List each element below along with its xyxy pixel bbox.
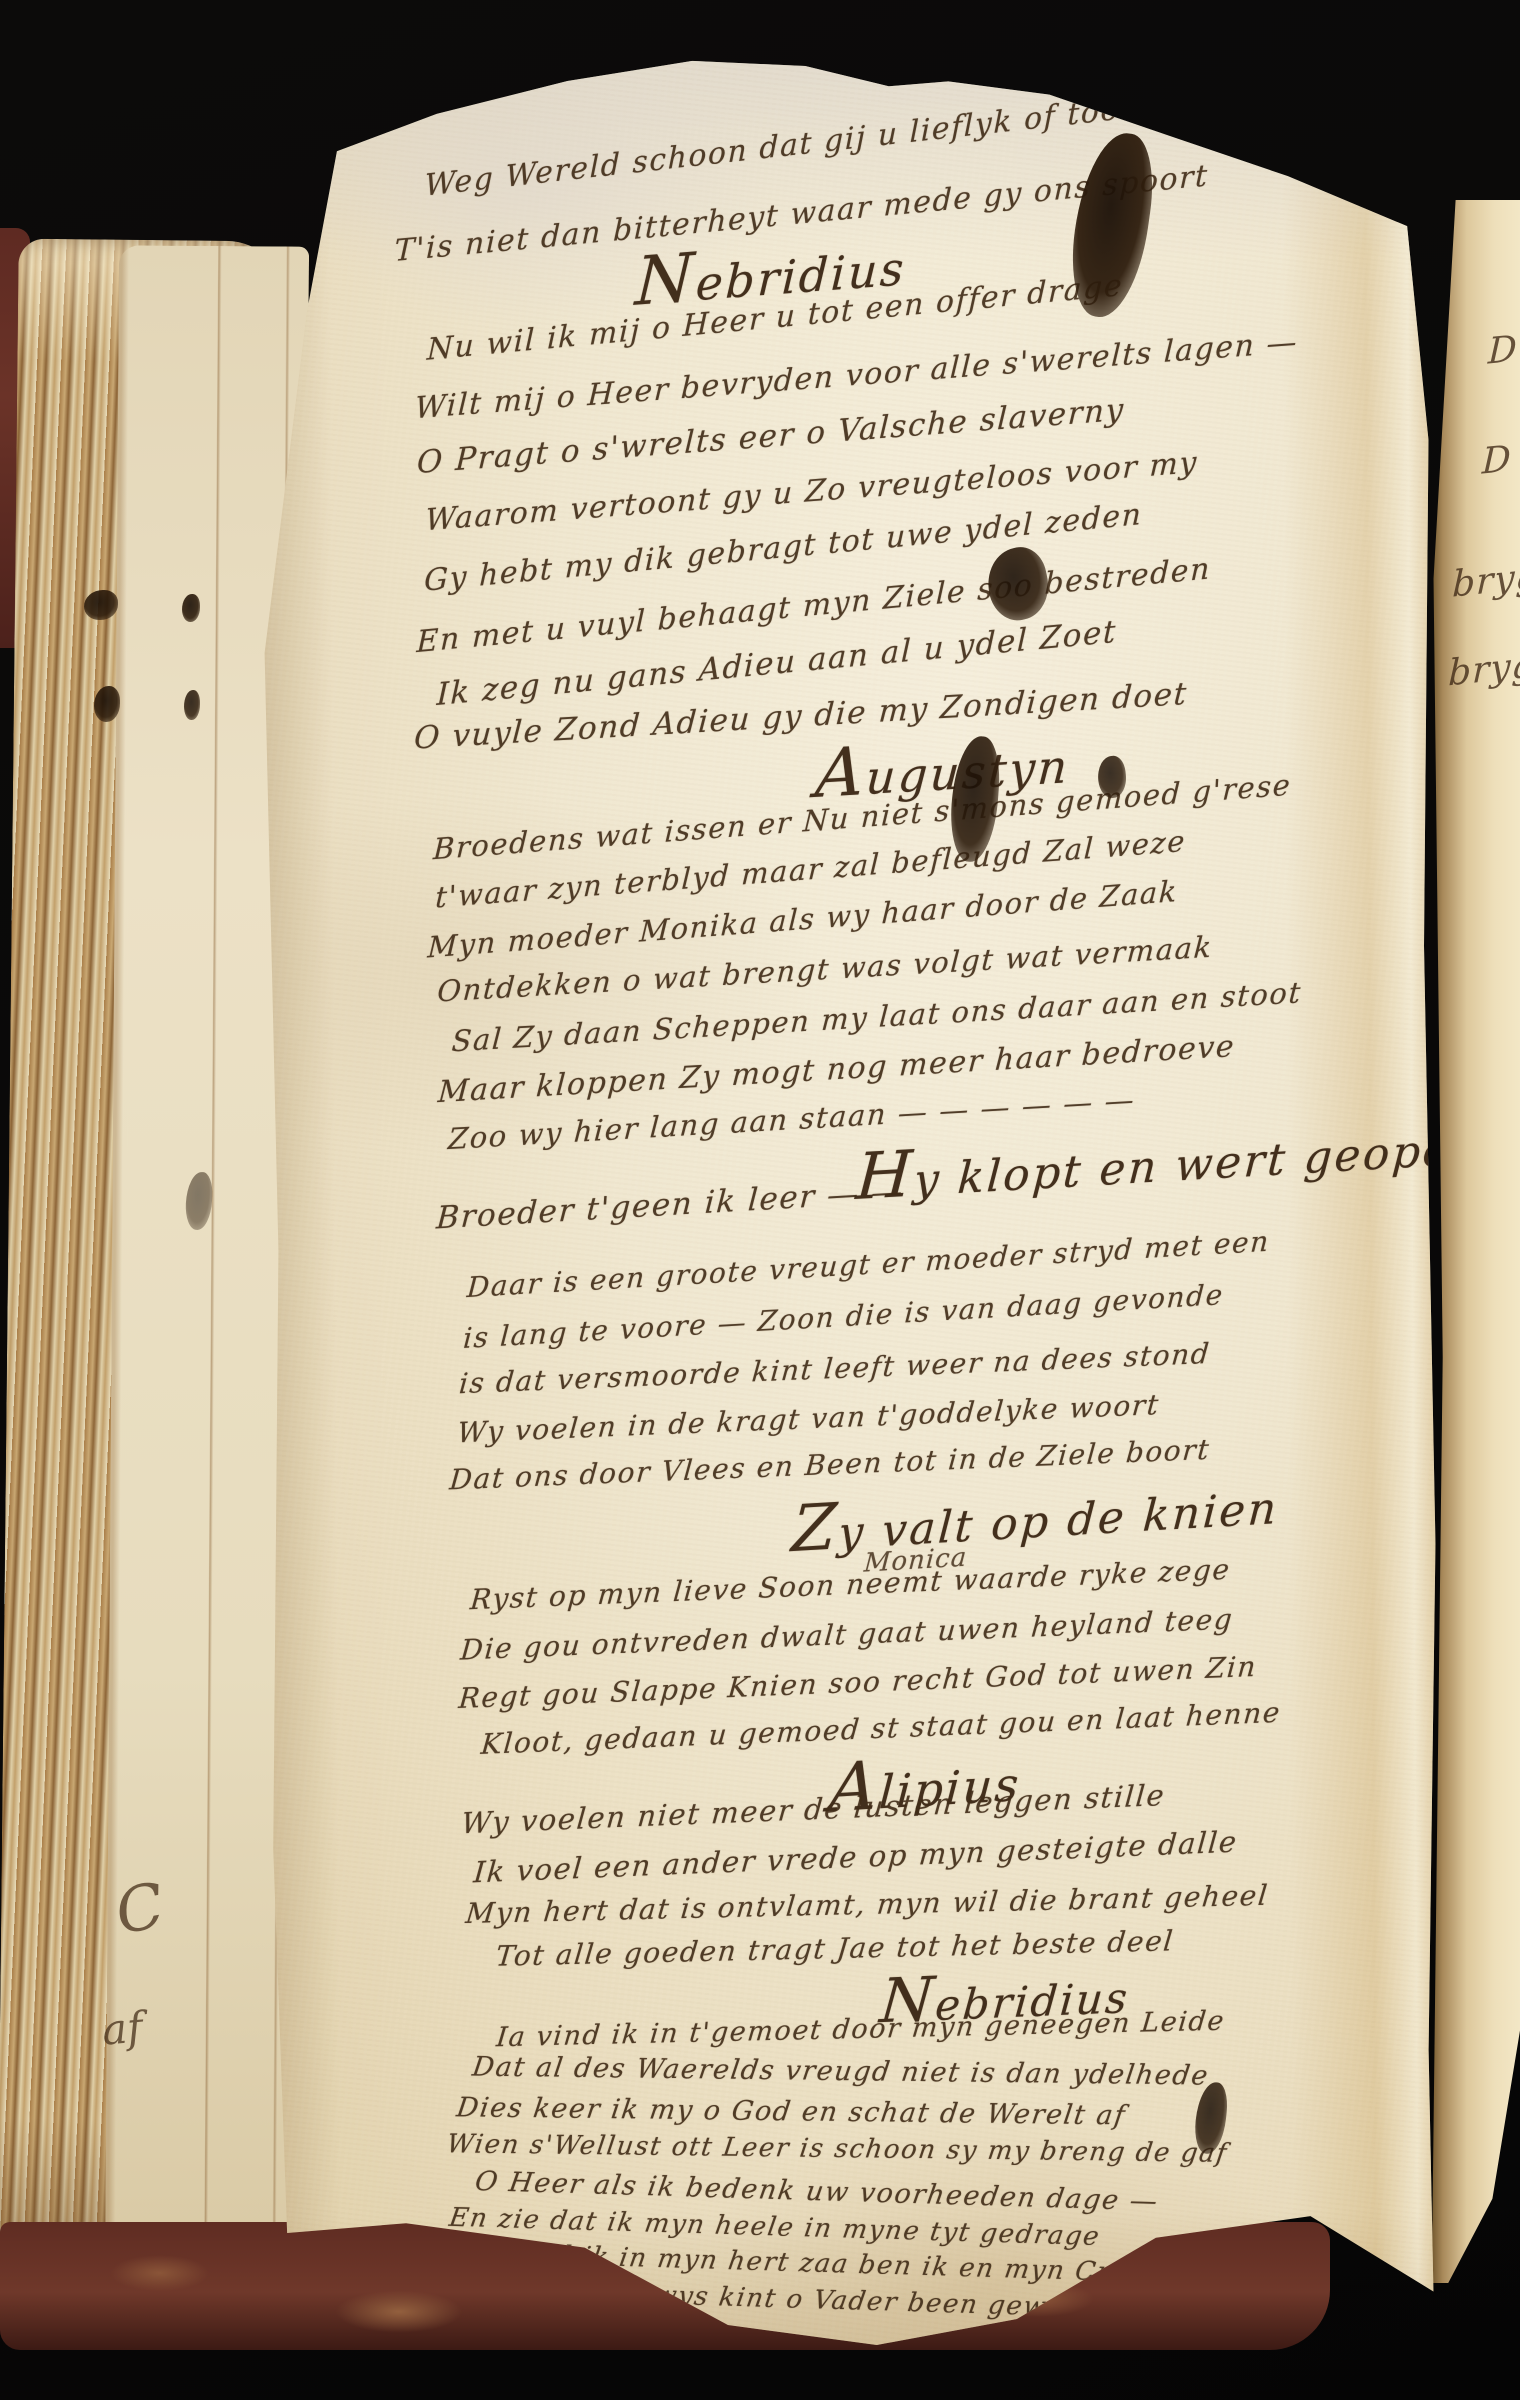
- ink-blot: [184, 690, 200, 720]
- ink-blot: [185, 1171, 214, 1230]
- ink-blot: [1063, 128, 1160, 322]
- ink-blot: [1096, 755, 1128, 800]
- ink-blot: [1192, 2081, 1229, 2156]
- ink-blot: [84, 590, 118, 620]
- manuscript-photo: DDbrygbrygf Caf Weg Wereld schoon dat gi…: [0, 0, 1520, 2400]
- ink-blot: [94, 686, 120, 722]
- ink-blot: [948, 735, 1003, 864]
- ink-blot: [182, 594, 200, 622]
- ink-blot-layer: [0, 0, 1520, 2400]
- ink-blot: [981, 543, 1055, 626]
